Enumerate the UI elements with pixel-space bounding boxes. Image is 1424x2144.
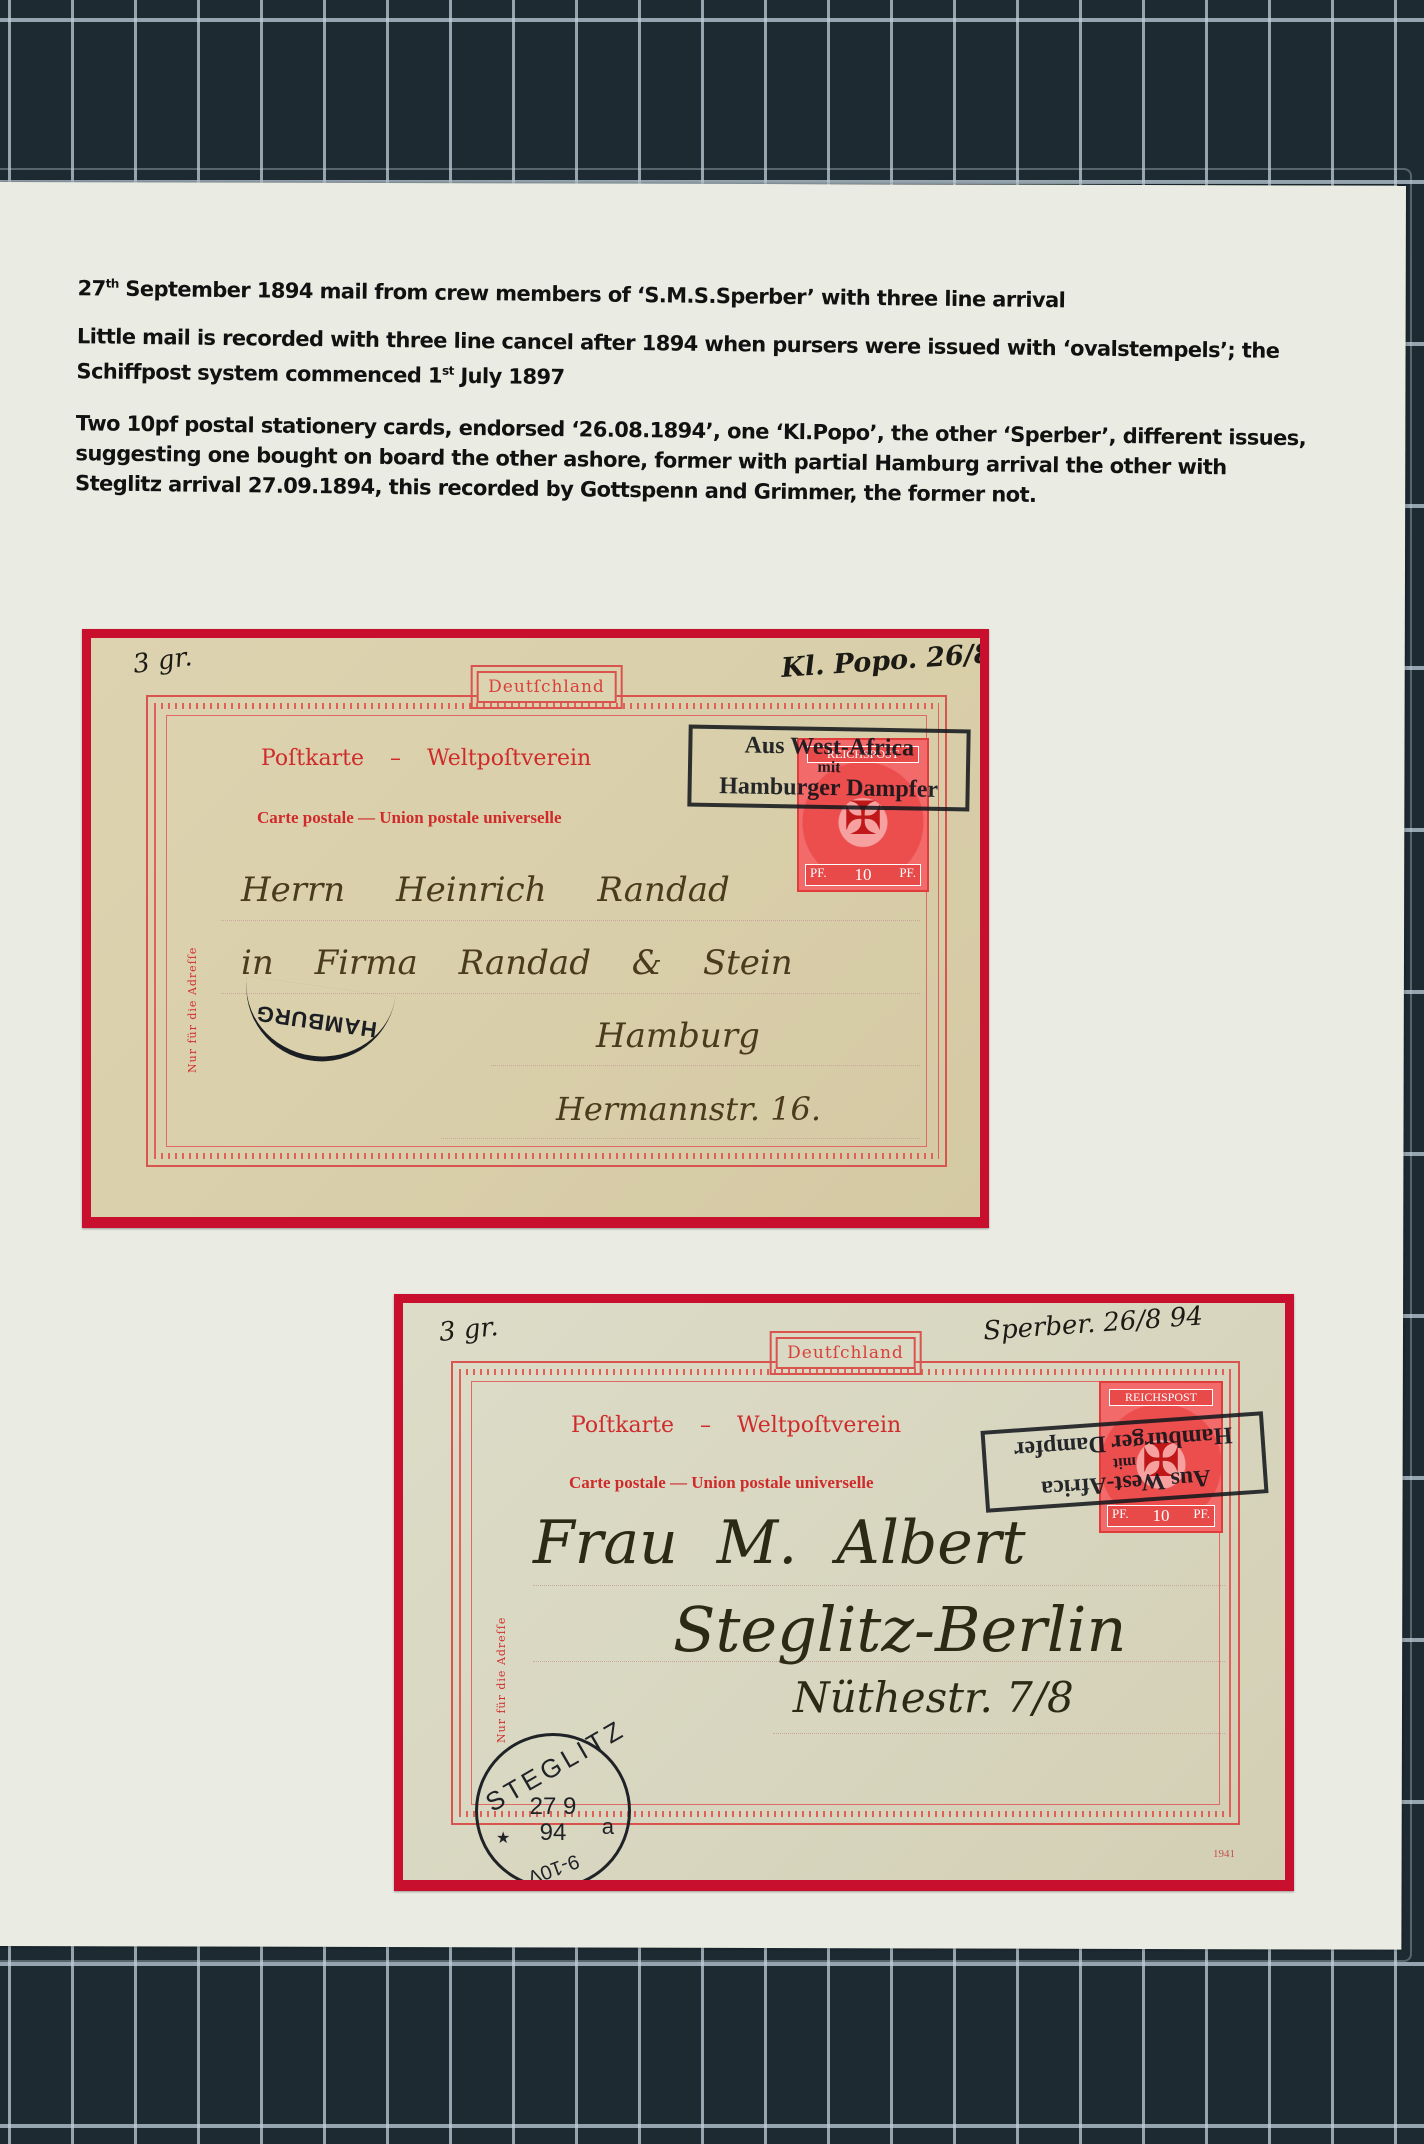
postcard-sperber: 3 gr. Sperber. 26/8 94 Deutſchland Poſtk…	[403, 1303, 1285, 1880]
endorsement-rate: 3 gr.	[131, 642, 194, 680]
cancel-line-3: Hamburger Dampfer	[701, 774, 955, 803]
deutschland-ornament: Deutſchland	[476, 671, 617, 703]
endorsement-origin-date: Sperber. 26/8 94	[982, 1303, 1204, 1347]
address-recipient: Frau M. Albert	[533, 1508, 1026, 1578]
deutschland-ornament: Deutſchland	[775, 1337, 916, 1369]
three-line-arrival-cancel: Aus West-Africa mit Hamburger Dampfer	[687, 725, 970, 812]
stamp-reichspost-label: REICHSPOST	[1109, 1389, 1213, 1406]
postcard-mount-sperber: 3 gr. Sperber. 26/8 94 Deutſchland Poſtk…	[394, 1294, 1294, 1891]
card-subheading: Carte postale — Union postale universell…	[257, 808, 562, 828]
address-line	[221, 920, 920, 921]
address-line	[533, 1585, 1225, 1586]
address-line	[491, 1065, 920, 1066]
card-subheading: Carte postale — Union postale universell…	[569, 1473, 874, 1493]
stamp-value: PF.10PF.	[1107, 1505, 1215, 1527]
address-line	[773, 1733, 1225, 1734]
stamp-value: PF.10PF.	[805, 864, 921, 886]
page-notes: 27th September 1894 mail from crew membe…	[75, 268, 1318, 535]
address-street: Hermannstr. 16.	[556, 1090, 821, 1128]
steglitz-postmark: STEGLITZ 27 994 a ★ 9-10V	[475, 1733, 631, 1880]
address-only-label: Nur für die Adreſſe	[495, 1617, 508, 1743]
address-only-label: Nur für die Adreſſe	[186, 947, 199, 1073]
note-paragraph-cards: Two 10pf postal stationery cards, endors…	[75, 408, 1316, 513]
address-line	[441, 1138, 920, 1139]
address-firm: in Firma Randad & Stein	[241, 943, 793, 983]
print-number: 1941	[1213, 1848, 1235, 1860]
address-city: Hamburg	[596, 1016, 760, 1056]
star-icon: ★	[496, 1828, 510, 1848]
address-city: Steglitz-Berlin	[673, 1593, 1126, 1666]
postcard-mount-kl-popo: 3 gr. Kl. Popo. 26/8 94 Deutſchland Poſt…	[82, 629, 989, 1228]
address-recipient: Herrn Heinrich Randad	[241, 870, 730, 910]
card-heading: Poſtkarte–Weltpoſtverein	[571, 1413, 927, 1438]
card-heading: Poſtkarte–Weltpoſtverein	[261, 746, 617, 771]
endorsement-rate: 3 gr.	[438, 1312, 500, 1348]
address-street: Nüthestr. 7/8	[793, 1673, 1074, 1722]
endorsement-origin-date: Kl. Popo. 26/8 94	[780, 638, 980, 684]
page-title: 27th September 1894 mail from crew membe…	[77, 268, 1317, 318]
postcard-kl-popo: 3 gr. Kl. Popo. 26/8 94 Deutſchland Poſt…	[91, 638, 980, 1217]
note-paragraph-ovalstempels: Little mail is recorded with three line …	[76, 321, 1317, 401]
